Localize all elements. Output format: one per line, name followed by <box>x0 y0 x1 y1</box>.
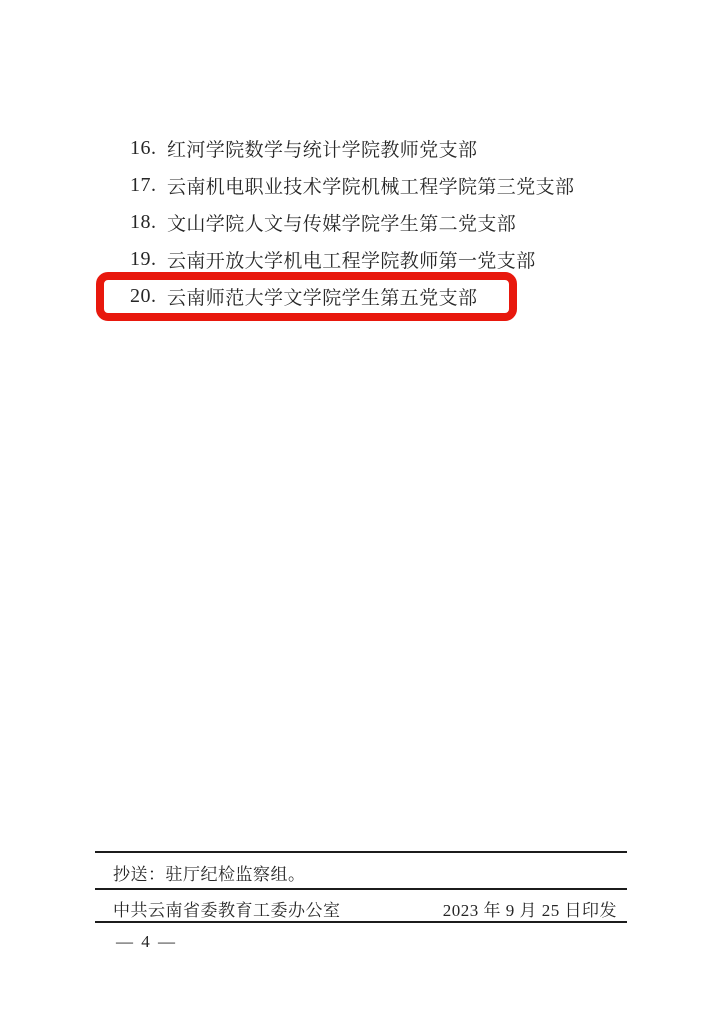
issuer-row: 中共云南省委教育工委办公室 2023 年 9 月 25 日印发 <box>113 896 617 921</box>
list-item: 18. 文山学院人文与传媒学院学生第二党支部 <box>130 204 516 241</box>
issuer: 中共云南省委教育工委办公室 <box>113 896 341 921</box>
item-number: 18. <box>130 211 167 234</box>
list-item: 17. 云南机电职业技术学院机械工程学院第三党支部 <box>130 167 574 204</box>
divider <box>95 888 627 890</box>
item-text: 云南开放大学机电工程学院教师第一党支部 <box>167 246 536 273</box>
list-item: 16. 红河学院数学与统计学院教师党支部 <box>130 130 477 167</box>
cc-line: 抄送：驻厅纪检监察组。 <box>113 860 306 885</box>
item-number: 19. <box>130 248 167 271</box>
divider <box>95 851 627 853</box>
item-text: 文山学院人文与传媒学院学生第二党支部 <box>167 209 516 236</box>
item-text: 云南机电职业技术学院机械工程学院第三党支部 <box>167 172 574 199</box>
highlight-annotation <box>96 272 517 321</box>
document-page: 16. 红河学院数学与统计学院教师党支部 17. 云南机电职业技术学院机械工程学… <box>0 0 720 1018</box>
item-text: 红河学院数学与统计学院教师党支部 <box>167 135 477 162</box>
item-number: 17. <box>130 174 167 197</box>
issue-date: 2023 年 9 月 25 日印发 <box>443 896 617 921</box>
divider <box>95 921 627 923</box>
item-number: 16. <box>130 137 167 160</box>
page-number: — 4 — <box>116 932 177 952</box>
